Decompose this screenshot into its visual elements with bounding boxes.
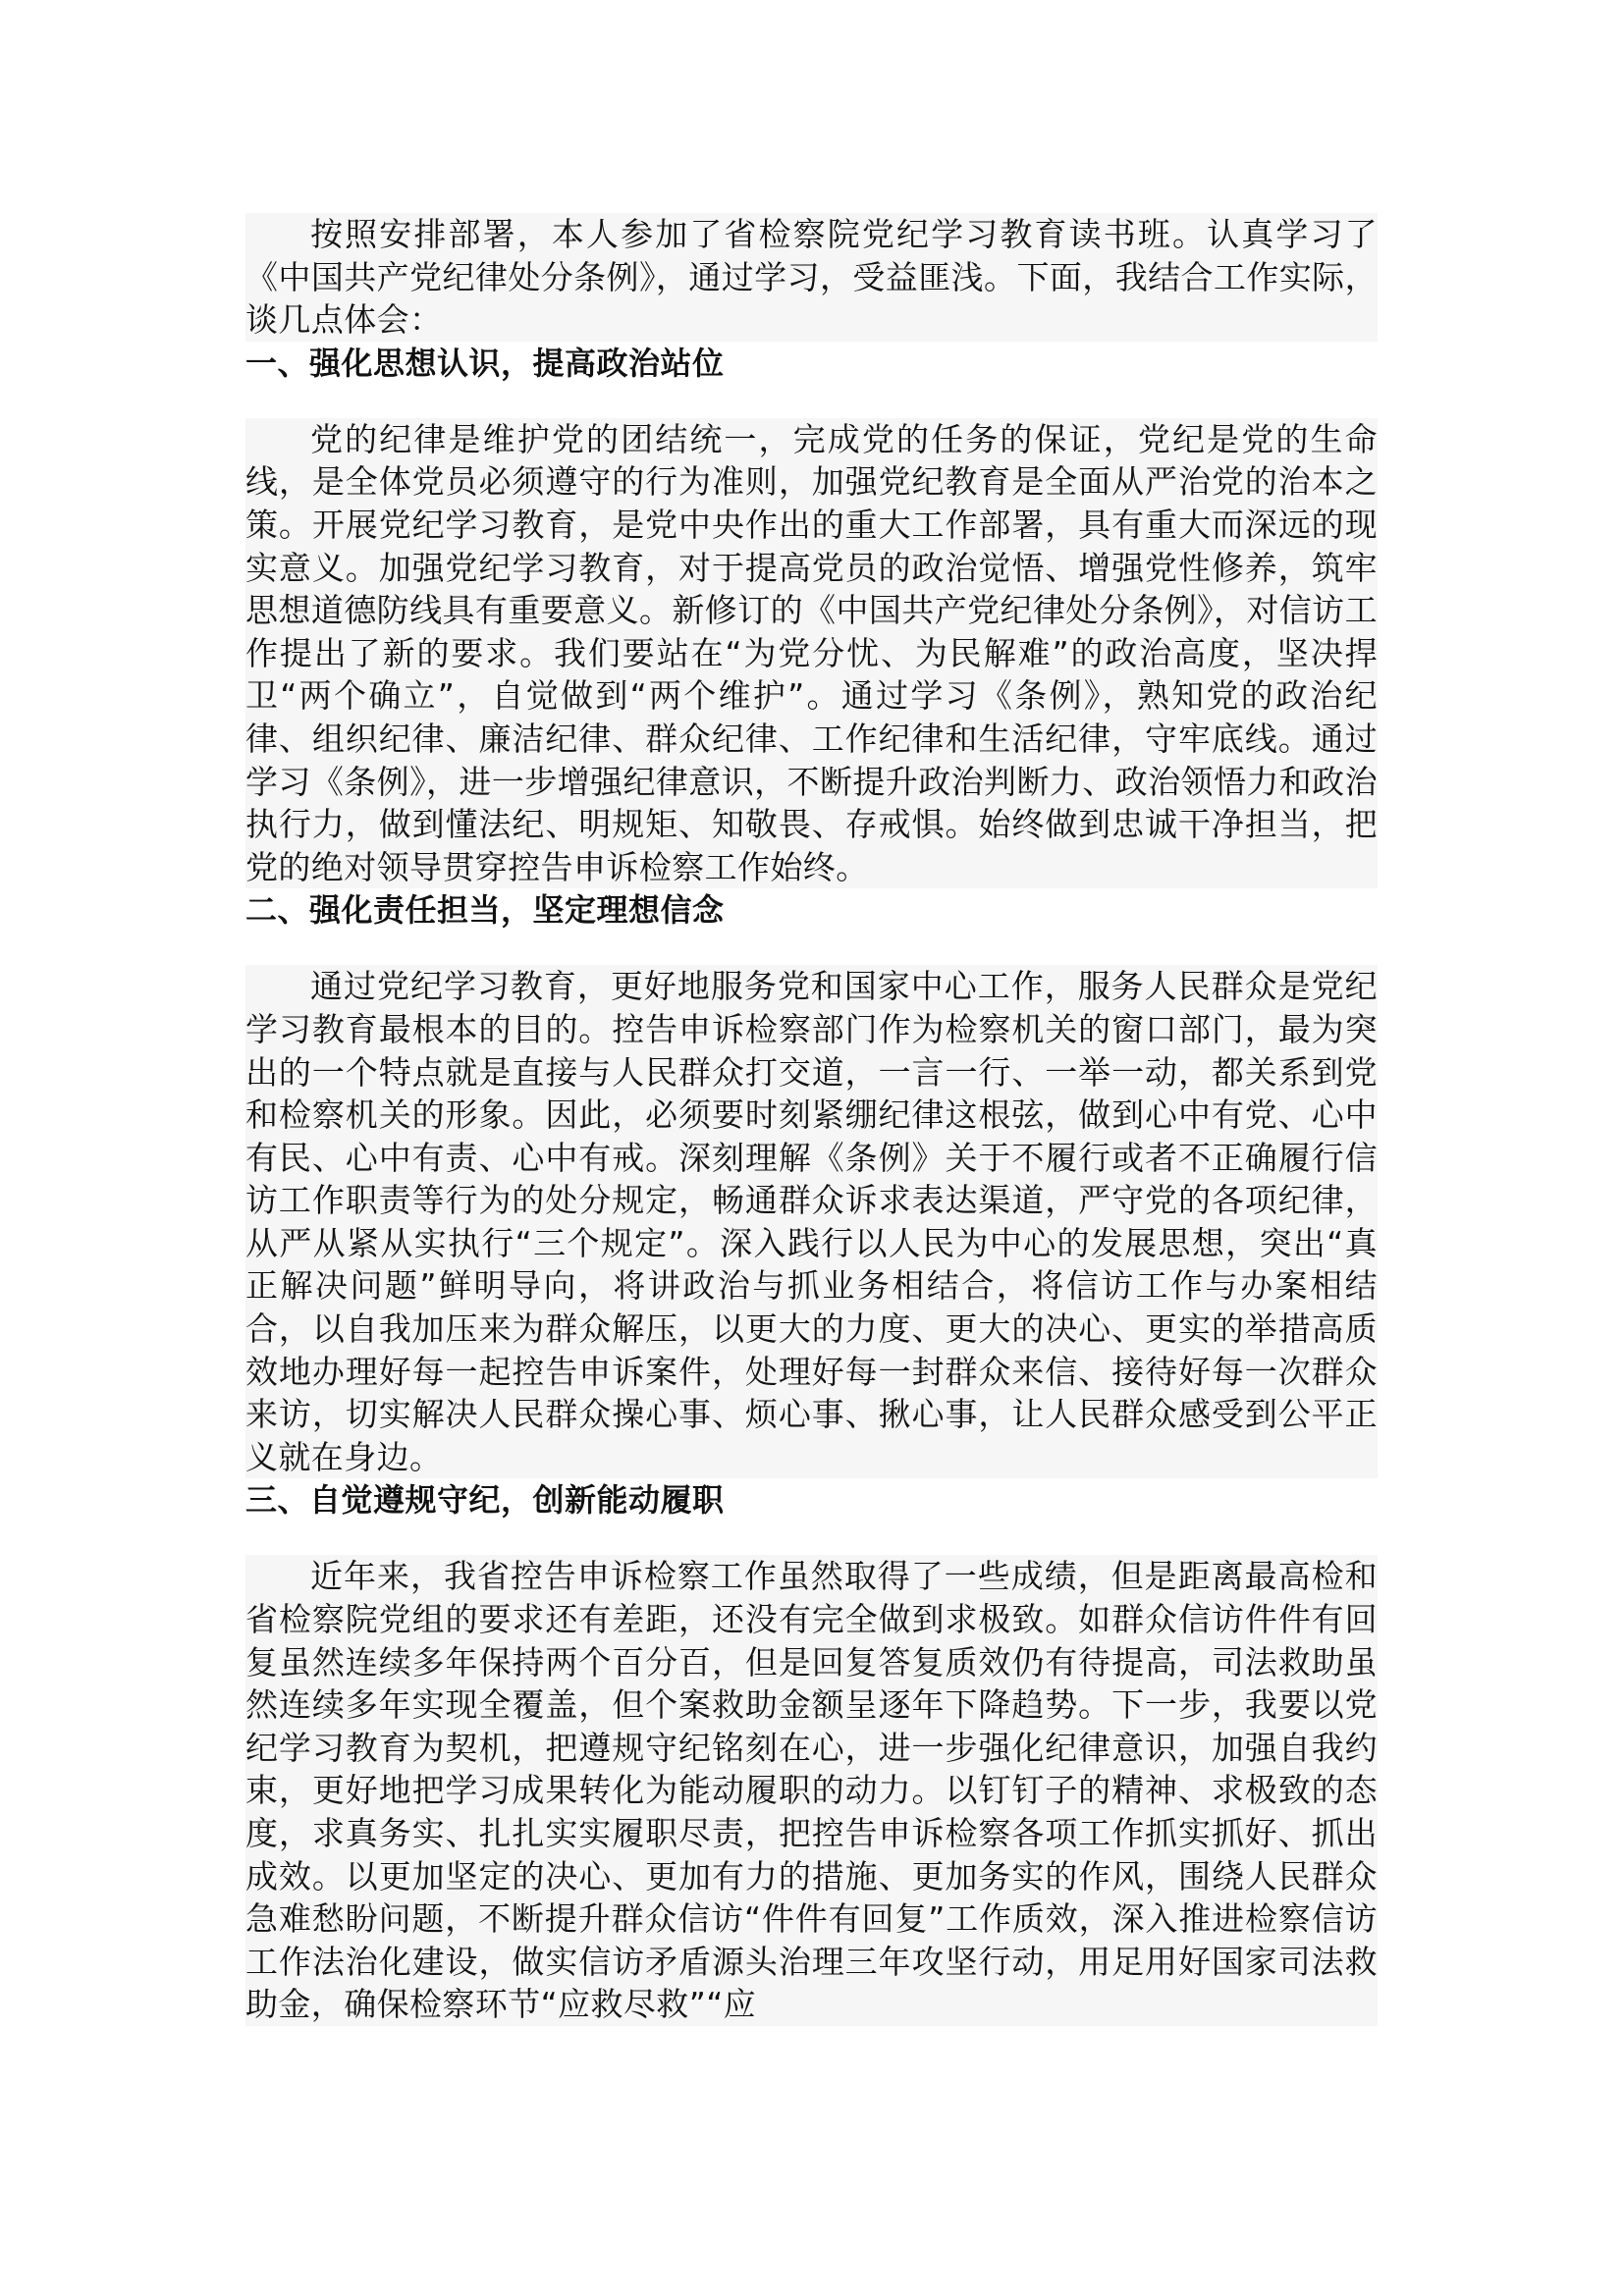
intro-paragraph: 按照安排部署，本人参加了省检察院党纪学习教育读书班。认真学习了《中国共产党纪律处… xyxy=(245,213,1378,342)
section-body-1: 党的纪律是维护党的团结统一，完成党的任务的保证，党纪是党的生命线，是全体党员必须… xyxy=(245,418,1378,889)
section-heading-2: 二、强化责任担当，坚定理想信念 xyxy=(245,888,1384,932)
spacer xyxy=(245,1522,1384,1555)
spacer xyxy=(245,932,1384,965)
section-heading-3: 三、自觉遵规守纪，创新能动履职 xyxy=(245,1478,1384,1522)
section-body-2: 通过党纪学习教育，更好地服务党和国家中心工作，服务人民群众是党纪学习教育最根本的… xyxy=(245,965,1378,1478)
spacer xyxy=(245,385,1384,418)
section-body-3: 近年来，我省控告申诉检察工作虽然取得了一些成绩，但是距离最高检和省检察院党组的要… xyxy=(245,1555,1378,2026)
section-heading-1: 一、强化思想认识，提高政治站位 xyxy=(245,342,1384,385)
document-page: 按照安排部署，本人参加了省检察院党纪学习教育读书班。认真学习了《中国共产党纪律处… xyxy=(245,213,1384,2026)
